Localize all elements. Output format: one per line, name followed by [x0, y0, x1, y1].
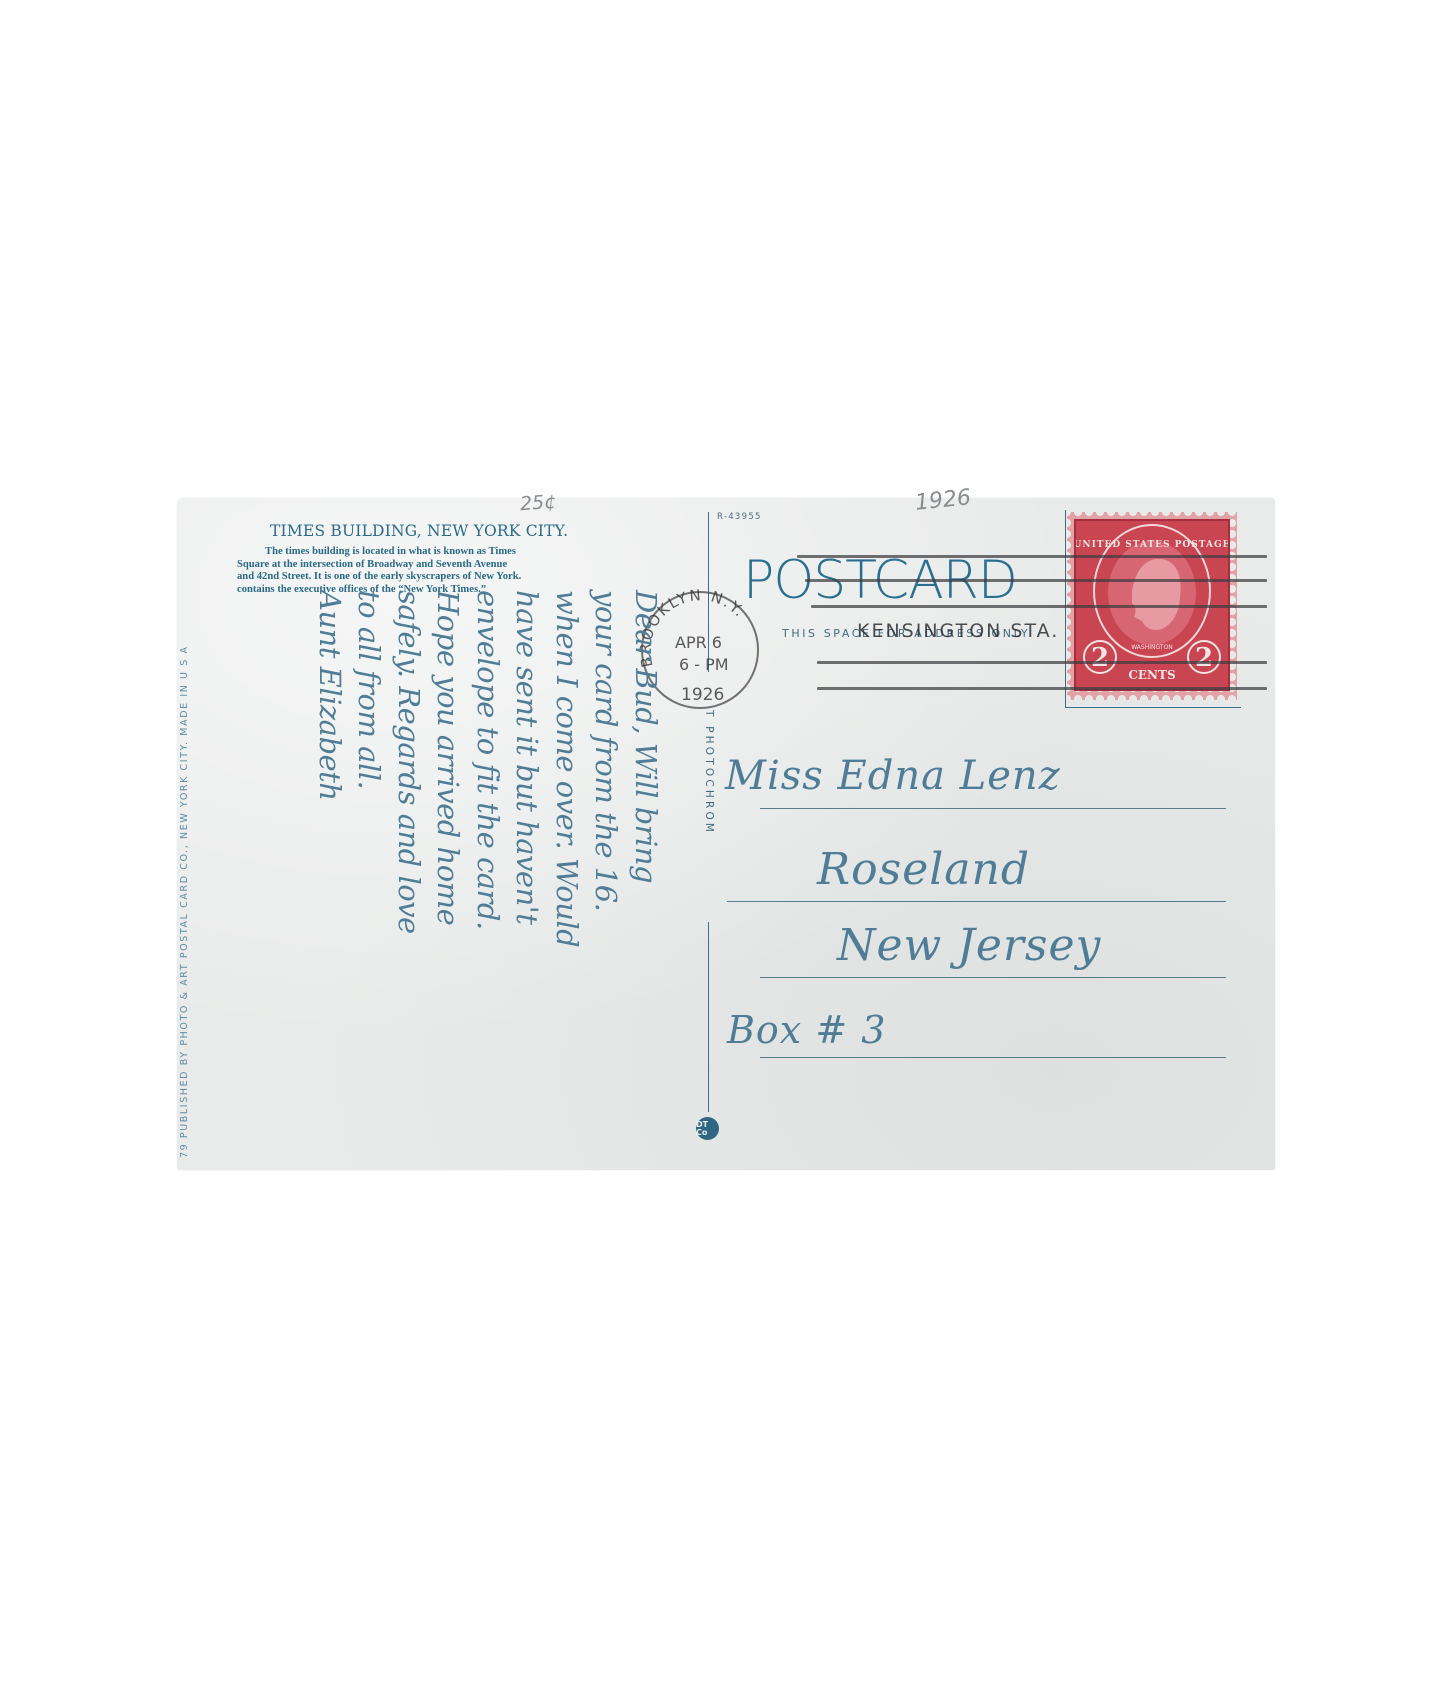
caption-description: The times building is located in what is…: [237, 546, 652, 596]
address-box: Box # 3: [727, 1008, 886, 1052]
cancel-line: [797, 555, 1267, 558]
caption-line-2: Square at the intersection of Broadway a…: [237, 559, 652, 572]
message-line: safely. Regards and love: [389, 590, 429, 1170]
address-city: Roseland: [817, 844, 1030, 895]
postcard: 79 PUBLISHED BY PHOTO & ART POSTAL CARD …: [177, 498, 1275, 1170]
detroit-publishing-logo-icon: DT Co: [696, 1117, 719, 1140]
message-line: Aunt Elizabeth: [310, 590, 350, 1170]
photochrom-mark: T PHOTOCHROM: [703, 710, 715, 835]
svg-text:CENTS: CENTS: [1128, 668, 1175, 682]
address-rule: [760, 1057, 1226, 1058]
center-divider-bottom: [708, 922, 709, 1112]
cancel-line: [805, 579, 1267, 582]
svg-text:WASHINGTON: WASHINGTON: [1131, 644, 1173, 651]
message-line: your card from the 16.: [586, 590, 626, 1170]
address-state: New Jersey: [837, 920, 1101, 971]
svg-text:1926: 1926: [681, 685, 724, 705]
message-line: Dear Bud, Will bring: [626, 590, 666, 1170]
svg-text:UNITED STATES POSTAGE: UNITED STATES POSTAGE: [1076, 540, 1228, 550]
message-line: have sent it but haven't: [507, 590, 547, 1170]
pencil-price-note: 25¢: [519, 491, 557, 515]
svg-text:2: 2: [1091, 643, 1109, 673]
caption-line-3: and 42nd Street. It is one of the early …: [237, 571, 652, 584]
message-line: to all from all.: [349, 590, 389, 1170]
caption-line-1: The times building is located in what is…: [237, 546, 652, 559]
cancel-line: [811, 605, 1267, 608]
svg-text:2: 2: [1195, 643, 1213, 673]
pencil-year-note: 1926: [914, 485, 972, 516]
message-line: when I come over. Would: [547, 590, 587, 1170]
station-cancel: KENSINGTON STA.: [857, 620, 1059, 642]
svg-text:APR 6: APR 6: [675, 633, 722, 652]
cancel-line: [817, 687, 1267, 690]
address-name: Miss Edna Lenz: [725, 753, 1061, 799]
address-rule: [760, 977, 1226, 978]
publisher-imprint: 79 PUBLISHED BY PHOTO & ART POSTAL CARD …: [179, 518, 190, 1158]
handwritten-message: Dear Bud, Will bring your card from the …: [310, 590, 666, 1170]
caption-title: TIMES BUILDING, NEW YORK CITY.: [270, 522, 568, 540]
svg-text:6 - PM: 6 - PM: [679, 655, 729, 674]
address-rule: [760, 808, 1226, 809]
cancel-line: [817, 661, 1267, 664]
catalog-number: R-43955: [717, 512, 762, 522]
address-rule: [727, 901, 1226, 902]
message-line: Hope you arrived home: [428, 590, 468, 1170]
message-line: envelope to fit the card.: [468, 590, 508, 1170]
